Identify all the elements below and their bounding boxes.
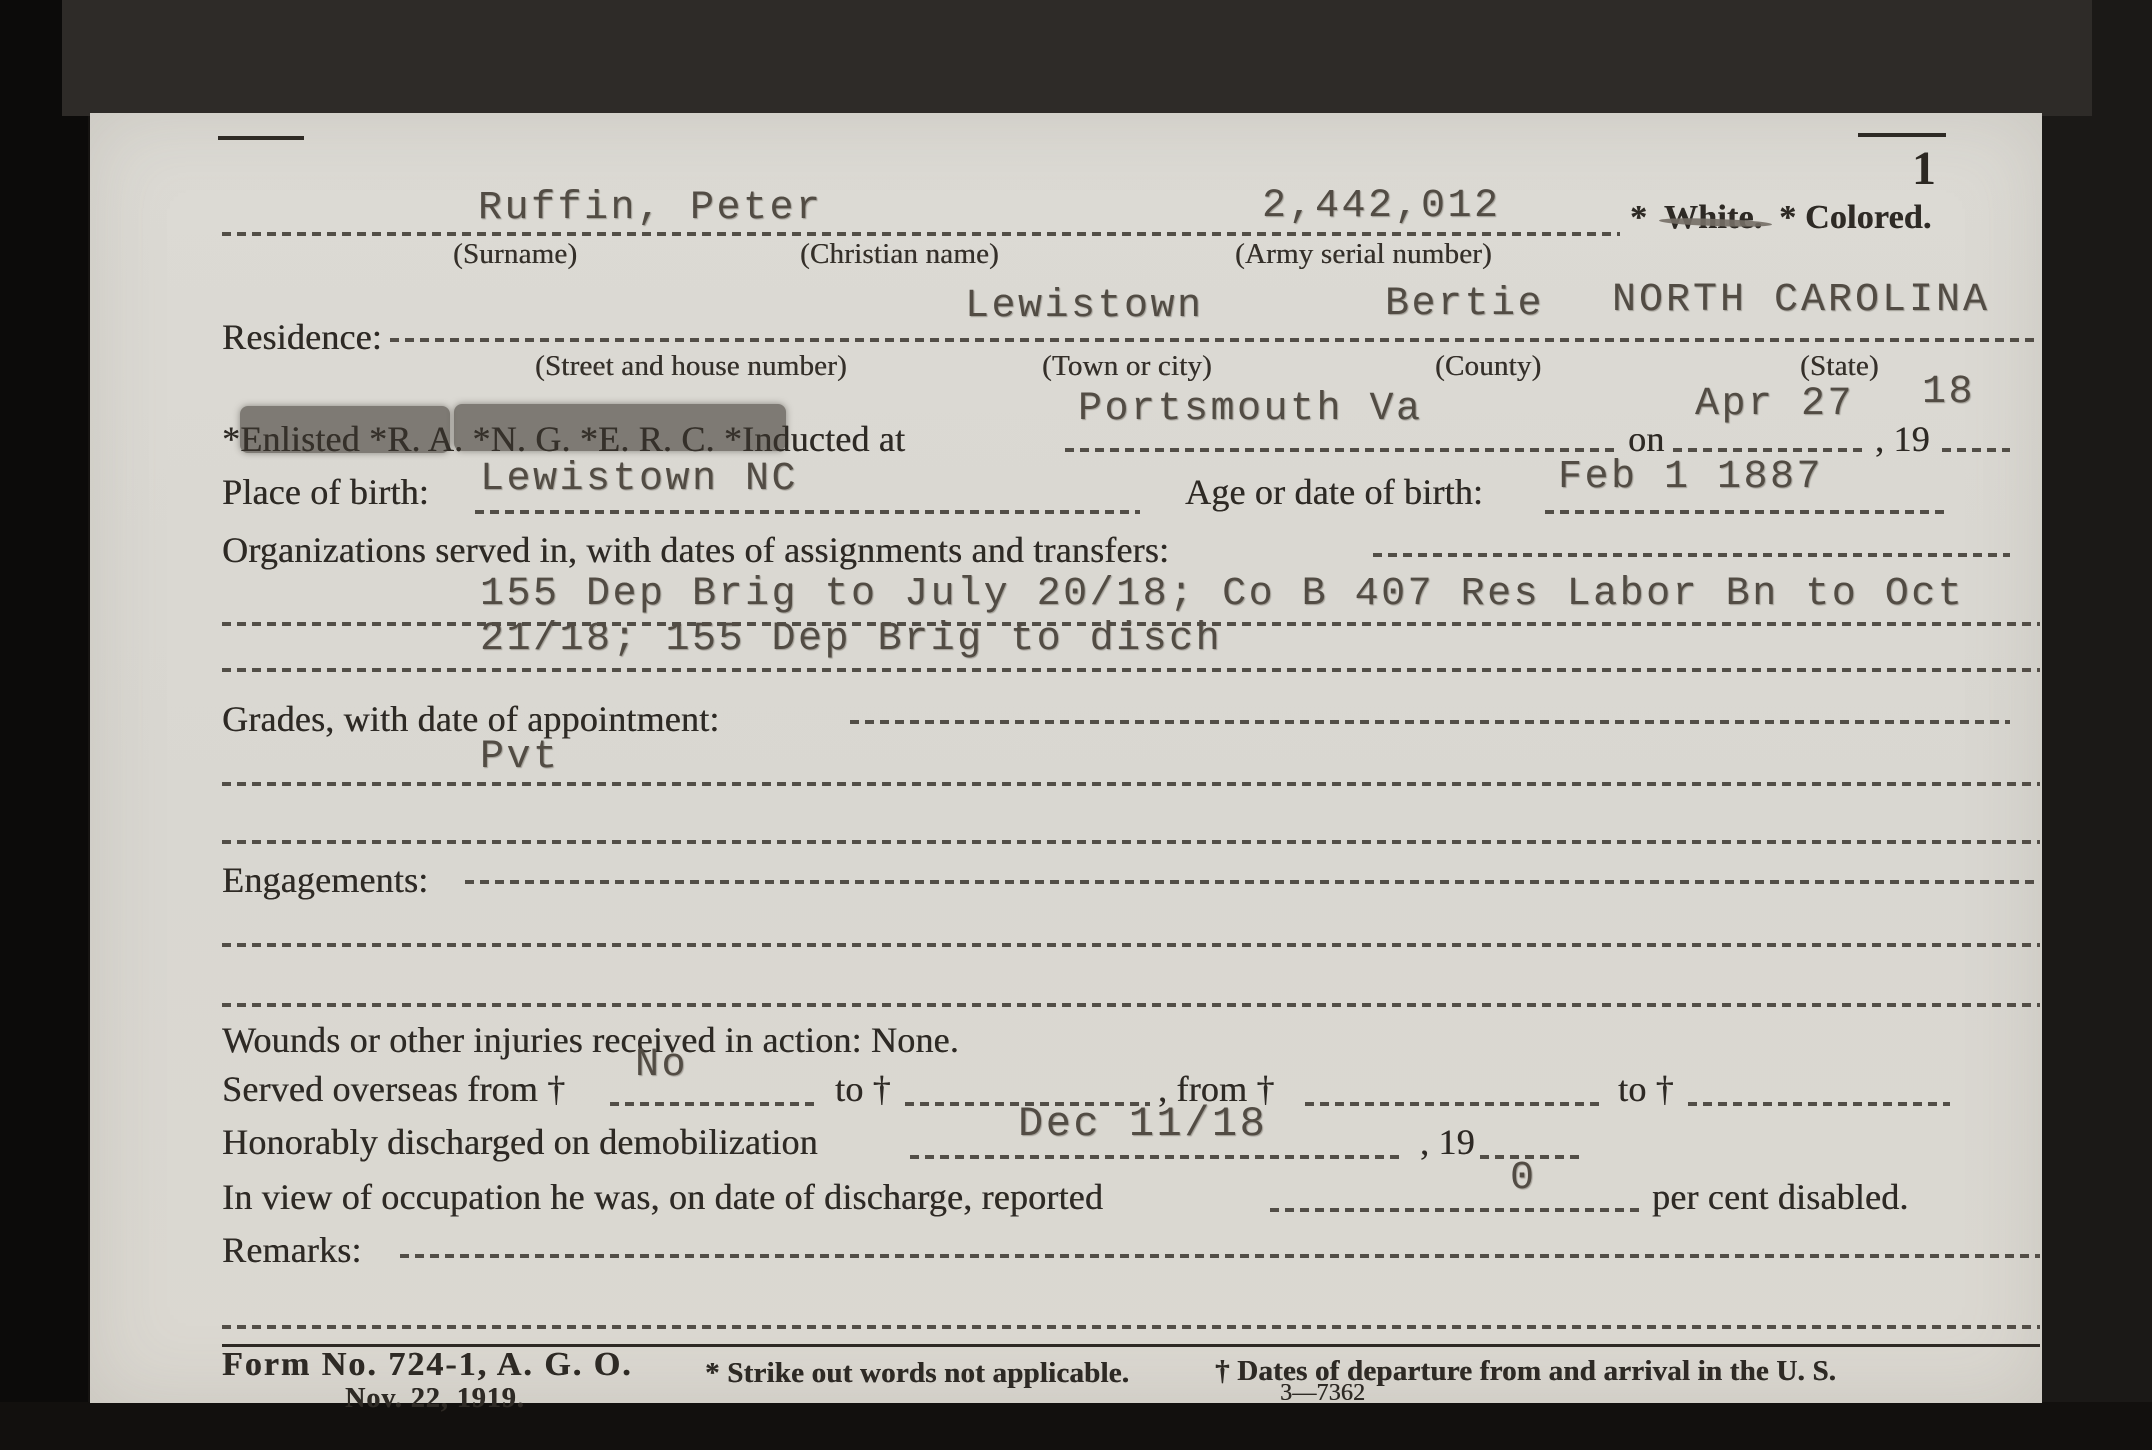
surname-label: (Surname)	[453, 240, 577, 269]
page-number: 1	[1912, 145, 1936, 193]
county-label: (County)	[1435, 352, 1541, 381]
serial-value: 2,442,012	[1262, 187, 1501, 227]
dashed-line	[910, 1155, 1405, 1159]
disability-suffix-label: per cent disabled.	[1652, 1179, 1909, 1215]
print-code: 3—7362	[1280, 1381, 1365, 1405]
overseas-to-label: to †	[835, 1071, 891, 1107]
scan-border-right	[2042, 0, 2152, 1450]
dashed-line	[222, 1003, 2040, 1007]
dashed-line	[222, 668, 2040, 672]
scanned-service-record: { "page": { "number": "1" }, "header": {…	[0, 0, 2152, 1450]
dashed-line	[1270, 1208, 1640, 1212]
race-selector: * White. * Colored.	[1630, 201, 1940, 235]
corner-mark-left	[218, 136, 304, 140]
disability-value: 0	[1510, 1159, 1537, 1199]
dashed-line	[610, 1102, 820, 1106]
dashed-line	[465, 880, 2040, 884]
wounds-value: None.	[871, 1020, 959, 1060]
birth-place-value: Lewistown NC	[480, 460, 798, 500]
residence-town-value: Lewistown	[965, 287, 1204, 327]
record-card: 1 Ruffin, Peter 2,442,012 * White. * Col…	[90, 113, 2042, 1403]
wounds-label: Wounds or other injuries received in act…	[222, 1020, 862, 1060]
dashed-line	[222, 782, 2040, 786]
disability-label: In view of occupation he was, on date of…	[222, 1179, 1103, 1215]
dashed-line	[222, 840, 2040, 844]
strikeout-bar	[240, 406, 450, 453]
dashed-line	[222, 943, 2040, 947]
dashed-line	[400, 1254, 2040, 1258]
form-number: Form No. 724-1, A. G. O.	[222, 1348, 633, 1382]
christian-name-label: (Christian name)	[800, 240, 999, 269]
form-date: Nov. 22, 1919.	[345, 1385, 525, 1413]
street-label: (Street and house number)	[535, 352, 847, 381]
discharge-date-value: Dec 11/18	[1018, 1103, 1267, 1145]
scan-border-left	[0, 0, 88, 1450]
on-label: on	[1628, 421, 1664, 457]
corner-mark-right	[1858, 133, 1946, 137]
dashed-line	[850, 720, 2010, 724]
wounds-line: Wounds or other injuries received in act…	[222, 1022, 959, 1058]
overseas-to2-label: to †	[1618, 1071, 1674, 1107]
year-prefix-label: , 19	[1875, 421, 1930, 457]
dashed-line	[1305, 1102, 1600, 1106]
strike-out-note: * Strike out words not applicable.	[705, 1359, 1129, 1388]
induction-place-value: Portsmouth Va	[1078, 390, 1423, 430]
race-star: *	[1630, 199, 1647, 236]
strikeout-bar	[454, 404, 786, 451]
induction-year-value: 18	[1922, 373, 1975, 413]
race-colored-label: * Colored.	[1779, 199, 1931, 236]
engagements-label: Engagements:	[222, 862, 428, 898]
grade-value: Pvt	[480, 738, 560, 778]
state-label: (State)	[1800, 352, 1879, 381]
residence-state-value: NORTH CAROLINA	[1612, 281, 1990, 321]
overseas-from-label: Served overseas from †	[222, 1071, 565, 1107]
race-white-label: White.	[1664, 201, 1762, 235]
name-value: Ruffin, Peter	[478, 189, 823, 229]
birth-date-value: Feb 1 1887	[1558, 458, 1823, 498]
induction-date-value: Apr 27	[1695, 385, 1854, 425]
remarks-label: Remarks:	[222, 1232, 362, 1268]
residence-label: Residence:	[222, 319, 382, 355]
dashed-line	[222, 232, 1620, 236]
organizations-line1: 155 Dep Brig to July 20/18; Co B 407 Res…	[480, 575, 1964, 615]
dashed-line	[222, 1325, 2040, 1329]
discharge-year-label: , 19	[1420, 1124, 1475, 1160]
town-label: (Town or city)	[1042, 352, 1212, 381]
dashed-line	[1688, 1102, 1950, 1106]
residence-county-value: Bertie	[1385, 285, 1544, 325]
organizations-label: Organizations served in, with dates of a…	[222, 532, 1169, 568]
dashed-line	[1065, 448, 1618, 452]
grades-label: Grades, with date of appointment:	[222, 701, 719, 737]
dashed-line	[1942, 448, 2010, 452]
dashed-line	[475, 510, 1140, 514]
dashed-line	[1373, 553, 2010, 557]
dashed-line	[390, 338, 2040, 342]
scan-border-top	[62, 0, 2092, 116]
dashed-line	[1673, 448, 1868, 452]
discharge-label: Honorably discharged on demobilization	[222, 1124, 818, 1160]
birth-place-label: Place of birth:	[222, 474, 429, 510]
army-serial-label: (Army serial number)	[1235, 240, 1492, 269]
dashed-line	[1545, 510, 1950, 514]
scan-border-bottom	[0, 1402, 2152, 1450]
birth-age-label: Age or date of birth:	[1185, 474, 1483, 510]
overseas-from-value: No	[635, 1046, 688, 1086]
organizations-line2: 21/18; 155 Dep Brig to disch	[480, 620, 1222, 660]
